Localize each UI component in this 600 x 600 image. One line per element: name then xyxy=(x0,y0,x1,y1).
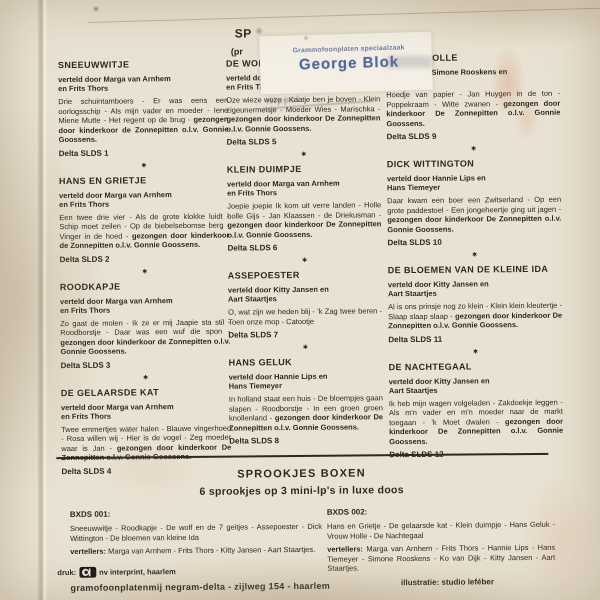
printer-name: nv interprint, haarlem xyxy=(99,567,176,577)
star-separator: ✱ xyxy=(388,347,562,356)
catalog-number: Delta SLDS 2 xyxy=(60,253,230,263)
story-section-klein-duimpje: KLEIN DUIMPJE verteld door Marga van Arn… xyxy=(227,163,382,252)
star-separator: ✱ xyxy=(227,150,381,158)
star-separator: ✱ xyxy=(228,256,382,264)
story-column-1: SNEEUWWITJE verteld door Marga van Arnhe… xyxy=(58,59,232,476)
catalog-number: Delta SLDS 3 xyxy=(61,359,231,369)
story-title: ASSEPOESTER xyxy=(228,269,382,280)
narrator-credit: verteld door Marga van Arnhemen Frits Th… xyxy=(227,178,381,197)
interprint-logo-icon xyxy=(79,567,96,578)
narrator-line2: en Frits Thors xyxy=(59,199,109,208)
narrator-line1: verteld door Hannie Lips en xyxy=(229,372,328,382)
narrator-line1: verteld door Marga van Arnhem xyxy=(61,402,174,412)
story-title: DE NACHTEGAAL xyxy=(389,360,563,372)
vertellers-label: vertellers: xyxy=(70,547,106,556)
box-story-titles: Hans en Grietje - De gelaarsde kat - Kle… xyxy=(327,520,555,541)
box-narrators: vertellers: Marga van Arnhem - Frits Tho… xyxy=(327,543,555,573)
song-list: Al is ons prinsje nog zo klein - Klein k… xyxy=(388,301,562,331)
story-title: SNEEUWWITJE xyxy=(58,59,228,70)
narrator-line1: verteld door Marga van Arnhem xyxy=(59,190,172,200)
song-list: Drie schuintamboers - Er was eens een oo… xyxy=(58,96,228,145)
box-label: BXDS 002: xyxy=(327,506,555,517)
story-title: KLEIN DUIMPJE xyxy=(227,163,381,174)
story-section-dick-wittington: DICK WITTINGTON verteld door Hannie Lips… xyxy=(387,158,562,248)
catalog-number: Delta SLDS 7 xyxy=(228,329,382,339)
song-list: O, wat zijn we heden blij - 'k Zag twee … xyxy=(228,306,382,326)
song-list: Ik heb mijn wagen volgeladen - Zakdoekje… xyxy=(389,397,563,446)
choir-credit: gezongen door kinderkoor De Zonnepitten … xyxy=(387,214,561,234)
story-title: DE GELAARSDE KAT xyxy=(61,386,231,397)
story-section-assepoester: ASSEPOESTER verteld door Kitty Jansen en… xyxy=(228,269,383,339)
story-section-hans-en-grietje: HANS EN GRIETJE verteld door Marga van A… xyxy=(59,174,230,263)
choir-credit: gezongen door kinderkoor De Zonnepitten … xyxy=(227,219,381,239)
stamp-smudge xyxy=(386,56,432,68)
price-line-fragment: (pr xyxy=(231,46,243,56)
narrator-credit: verteld door Marga van Arnhemen Frits Th… xyxy=(61,401,231,420)
story-column-3: VROUW HOLLE verteld door Simone Rooskens… xyxy=(386,52,564,460)
narrator-line1: verteld door Kitty Jansen en xyxy=(228,285,329,295)
narrator-credit: verteld door Hannie Lips enHans Tiemeyer xyxy=(229,371,383,390)
star-separator: ✱ xyxy=(388,251,562,260)
story-title: HANS EN GRIETJE xyxy=(59,174,229,185)
narrator-credit: verteld door Marga van Arnhemen Frits Th… xyxy=(59,189,229,208)
printer-credit: druk: nv interprint, haarlem xyxy=(57,566,176,578)
catalog-number: Delta SLDS 5 xyxy=(227,136,381,146)
narrator-credit: verteld door Hannie Lips enHans Tiemeyer xyxy=(387,173,561,193)
song-list: Een twee drie vier - Als de grote klokke… xyxy=(59,211,229,250)
narrator-line2: en Frits Thors xyxy=(58,84,108,93)
story-title: DICK WITTINGTON xyxy=(387,158,561,170)
song-list: Hoedje van papier - Jan Huygen in de ton… xyxy=(386,89,560,129)
story-section-roodkapje: ROODKAPJE verteld door Marga van Arnheme… xyxy=(60,280,231,369)
illustration-credit: illustratie: studio leféber xyxy=(332,577,562,588)
sleeve-title-fragment: SP xyxy=(235,26,252,40)
narrator-line2: en Frits Thors xyxy=(60,305,110,314)
catalog-number: Delta SLDS 1 xyxy=(59,147,229,157)
catalog-number: Delta SLDS 11 xyxy=(388,333,562,344)
catalog-number: Delta SLDS 6 xyxy=(228,242,382,252)
song-titles: O, wat zijn we heden blij - 'k Zag twee … xyxy=(228,306,382,326)
narrator-line2: Aart Staartjes xyxy=(228,294,277,303)
song-titles: Daar kwam een boer een Zwitserland - Op … xyxy=(387,195,561,215)
song-titles: Joepie joepie Ik kom uit verre landen - … xyxy=(227,200,381,220)
story-section-hans-geluk: HANS GELUK verteld door Hannie Lips enHa… xyxy=(229,356,384,445)
narrator-line2: Aart Staartjes xyxy=(388,289,437,298)
narrator-line2: Aart Staartjes xyxy=(389,385,438,394)
star-separator: ✱ xyxy=(60,267,230,275)
box-bxds-001: BXDS 001: Sneeuwwitje - Roodkapje - De w… xyxy=(70,508,322,557)
box-bxds-002: BXDS 002: Hans en Grietje - De gelaarsde… xyxy=(327,506,556,573)
record-company-credit: gramofoonplatenmij negram-delta - zijlwe… xyxy=(70,581,330,593)
record-sleeve-back: SP (pr SNEEUWWITJE verteld door Marga va… xyxy=(0,0,600,600)
star-separator: ✱ xyxy=(387,145,561,154)
narrator-line2: en Frits Thors xyxy=(61,411,111,420)
catalog-number: Delta SLDS 10 xyxy=(387,237,561,248)
song-list: Daar kwam een boer een Zwitserland - Op … xyxy=(387,195,561,235)
choir-credit: gezongen door kinderkoor de Zonnepitten … xyxy=(60,336,230,356)
narrator-line1: verteld door Kitty Jansen en xyxy=(388,279,489,289)
narrator-credit: verteld door Kitty Jansen enAart Staartj… xyxy=(389,375,563,395)
vertellers-names: Marga van Arnhem - Frits Thors - Kitty J… xyxy=(108,545,315,556)
star-separator: ✱ xyxy=(61,373,231,381)
story-section-sneeuwwitje: SNEEUWWITJE verteld door Marga van Arnhe… xyxy=(58,59,229,158)
narrator-line2: en Frits Thors xyxy=(227,188,277,197)
story-section-de-nachtegaal: DE NACHTEGAAL verteld door Kitty Jansen … xyxy=(389,360,564,459)
catalog-number: Delta SLDS 9 xyxy=(387,131,561,142)
box-story-titles: Sneeuwwitje - Roodkapje - De wolf en de … xyxy=(70,522,322,543)
narrator-line1: verteld door Marga van Arnhem xyxy=(58,74,171,84)
song-titles: Zo gaat de molen - Ik ze er mij Jaapie s… xyxy=(60,317,230,337)
song-list: In holland staat een huis - De bloempjes… xyxy=(229,393,383,432)
narrator-credit: verteld door Marga van Arnhemen Frits Th… xyxy=(58,74,228,93)
narrator-line1: verteld door Kitty Jansen en xyxy=(389,376,490,386)
narrator-line1: verteld door Marga van Arnhem xyxy=(227,179,340,189)
star-separator: ✱ xyxy=(228,343,382,351)
narrator-credit: verteld door Marga van Arnhemen Frits Th… xyxy=(60,295,230,314)
narrator-line2: Hans Tiemeyer xyxy=(229,381,282,390)
story-title: HANS GELUK xyxy=(229,356,383,367)
narrator-line1: verteld door Hannie Lips en xyxy=(387,173,486,183)
story-section-de-gelaarsde-kat: DE GELAARSDE KAT verteld door Marga van … xyxy=(61,386,232,475)
vertellers-label: vertellers: xyxy=(327,544,363,553)
story-column-2: DE WOLF EN DE 7 GEITJES verteld door Mar… xyxy=(226,57,383,445)
box-label: BXDS 001: xyxy=(70,508,322,519)
narrator-credit: verteld door Kitty Jansen enAart Staartj… xyxy=(228,284,382,303)
narrator-credit: verteld door Kitty Jansen enAart Staartj… xyxy=(388,279,562,299)
story-title: ROODKAPJE xyxy=(60,280,230,291)
choir-credit: gezongen door kinderkoor De Zonnepitten … xyxy=(226,113,380,133)
catalog-number: Delta SLDS 8 xyxy=(229,435,383,445)
song-list: Zo gaat de molen - Ik ze er mij Jaapie s… xyxy=(60,317,230,356)
song-list: Joepie joepie Ik kom uit verre landen - … xyxy=(227,200,381,239)
boxen-subtitle: 6 sprookjes op 3 mini-lp's in luxe doos xyxy=(2,482,600,499)
narrator-line1: verteld door Marga van Arnhem xyxy=(60,296,173,306)
star-separator: ✱ xyxy=(59,161,229,169)
story-section-de-bloemen-van-de-kleine-ida: DE BLOEMEN VAN DE KLEINE IDA verteld doo… xyxy=(388,264,563,344)
narrator-line2: Hans Tiemeyer xyxy=(387,183,440,192)
box-narrators: vertellers: Marga van Arnhem - Frits Tho… xyxy=(70,545,322,557)
story-title: DE BLOEMEN VAN DE KLEINE IDA xyxy=(388,264,562,276)
druk-label: druk: xyxy=(57,568,76,577)
